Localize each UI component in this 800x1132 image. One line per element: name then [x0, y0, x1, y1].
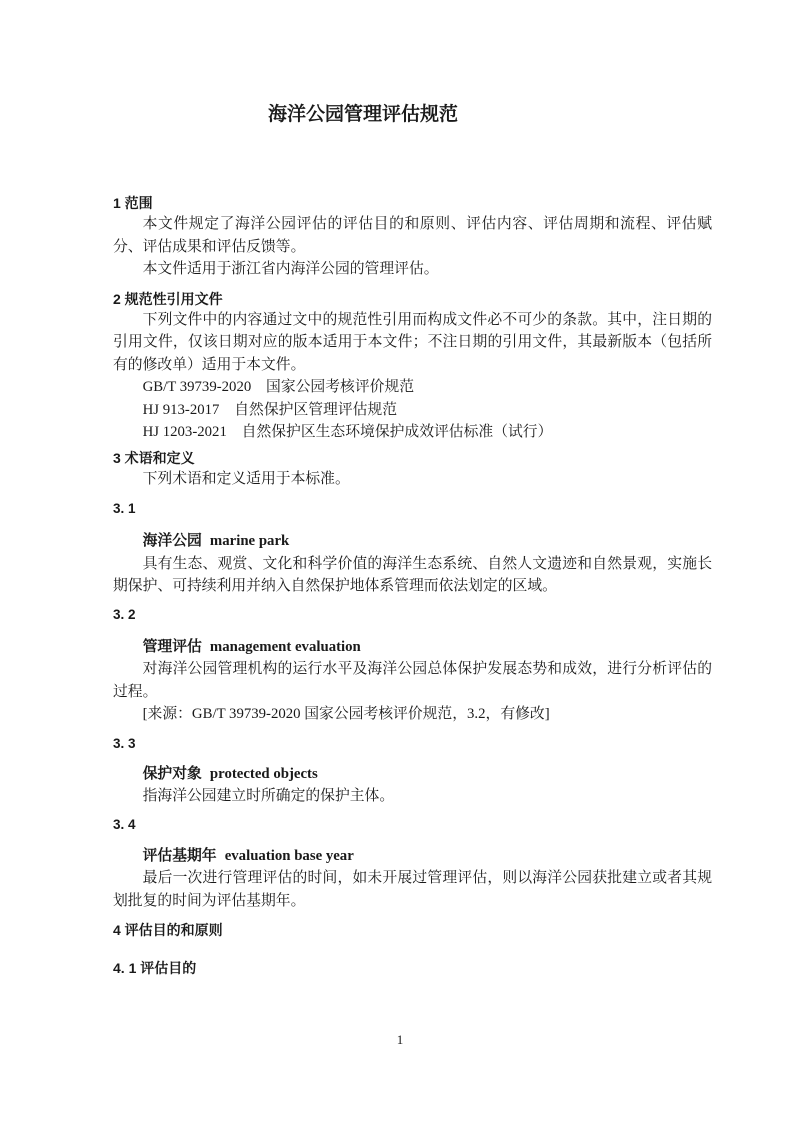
clause-4-1-heading: 4. 1 评估目的	[113, 958, 712, 978]
clause-4-heading: 4 评估目的和原则	[113, 920, 712, 940]
term-name: 管理评估management evaluation	[113, 636, 712, 659]
terms-intro: 下列术语和定义适用于本标准。	[113, 468, 712, 491]
document-content: 海洋公园管理评估规范 1 范围 本文件规定了海洋公园评估的评估目的和原则、评估内…	[0, 0, 800, 978]
term-entry-evaluation-base-year: 3. 4 评估基期年evaluation base year 最后一次进行管理评…	[113, 816, 712, 913]
term-number: 3. 2	[113, 606, 712, 624]
term-definition: 对海洋公园管理机构的运行水平及海洋公园总体保护发展态势和成效，进行分析评估的过程…	[113, 658, 712, 703]
term-number: 3. 1	[113, 500, 712, 518]
term-name-zh: 海洋公园	[143, 533, 202, 549]
term-number: 3. 3	[113, 735, 712, 753]
clause-2-heading: 2 规范性引用文件	[113, 289, 712, 309]
term-name-en: marine park	[210, 533, 289, 549]
term-definition: 最后一次进行管理评估的时间，如未开展过管理评估，则以海洋公园获批建立或者其规划批…	[113, 867, 712, 912]
term-name-en: protected objects	[210, 766, 318, 782]
term-entry-marine-park: 3. 1 海洋公园marine park 具有生态、观赏、文化和科学价值的海洋生…	[113, 500, 712, 598]
clause-1-heading: 1 范围	[113, 193, 712, 213]
term-name-en: management evaluation	[210, 639, 361, 655]
normative-references-intro: 下列文件中的内容通过文中的规范性引用而构成文件必不可少的条款。其中，注日期的引用…	[113, 309, 712, 377]
term-definition: 具有生态、观赏、文化和科学价值的海洋生态系统、自然人文遗迹和自然景观，实施长期保…	[113, 553, 712, 598]
term-source-note: [来源：GB/T 39739-2020 国家公园考核评价规范，3.2，有修改]	[113, 703, 712, 726]
term-name-zh: 评估基期年	[143, 848, 217, 864]
document-page: 海洋公园管理评估规范 1 范围 本文件规定了海洋公园评估的评估目的和原则、评估内…	[0, 0, 800, 1132]
term-number: 3. 4	[113, 816, 712, 834]
document-title: 海洋公园管理评估规范	[113, 100, 712, 130]
term-name-zh: 管理评估	[143, 639, 202, 655]
clause-3-heading: 3 术语和定义	[113, 448, 712, 468]
term-name: 海洋公园marine park	[113, 530, 712, 553]
reference-item-3: HJ 1203-2021 自然保护区生态环境保护成效评估标准（试行）	[113, 421, 712, 444]
term-name: 保护对象protected objects	[113, 763, 712, 786]
term-name: 评估基期年evaluation base year	[113, 845, 712, 868]
reference-item-1: GB/T 39739-2020 国家公园考核评价规范	[113, 376, 712, 399]
page-number: 1	[0, 1032, 800, 1048]
term-name-en: evaluation base year	[225, 848, 354, 864]
term-name-zh: 保护对象	[143, 766, 202, 782]
term-definition: 指海洋公园建立时所确定的保护主体。	[113, 785, 712, 808]
scope-paragraph-1: 本文件规定了海洋公园评估的评估目的和原则、评估内容、评估周期和流程、评估赋分、评…	[113, 213, 712, 258]
scope-paragraph-2: 本文件适用于浙江省内海洋公园的管理评估。	[113, 258, 712, 281]
reference-item-2: HJ 913-2017 自然保护区管理评估规范	[113, 399, 712, 422]
term-entry-protected-objects: 3. 3 保护对象protected objects 指海洋公园建立时所确定的保…	[113, 735, 712, 808]
term-entry-management-evaluation: 3. 2 管理评估management evaluation 对海洋公园管理机构…	[113, 606, 712, 726]
